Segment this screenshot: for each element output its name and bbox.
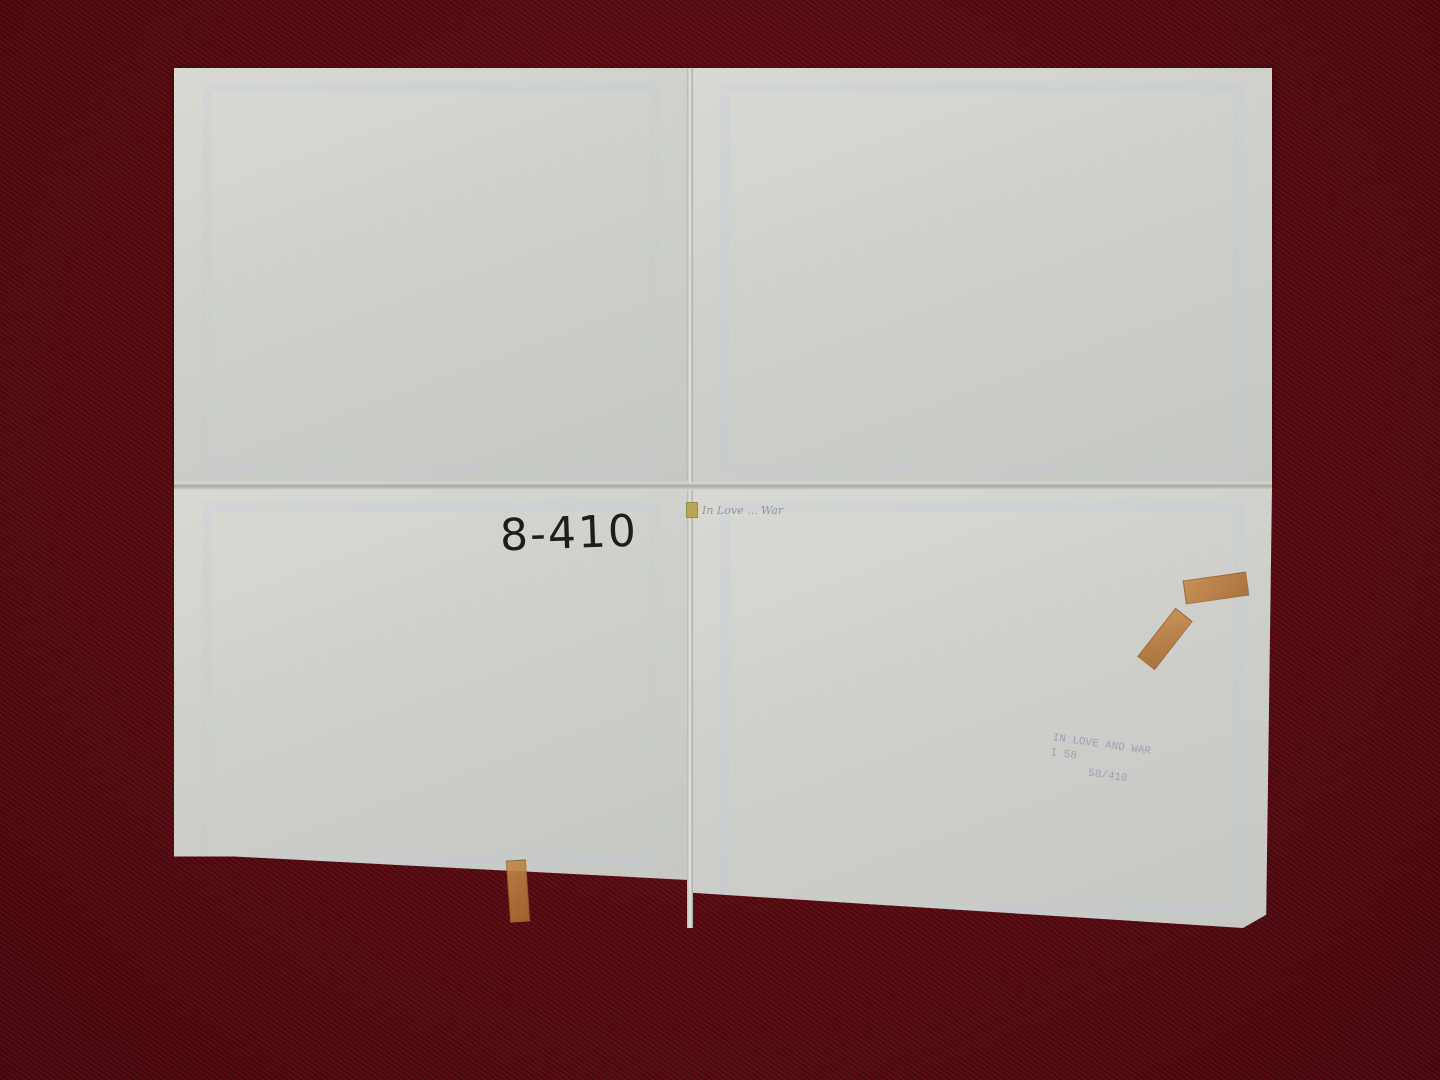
horizontal-fold-line — [174, 482, 1272, 490]
poster-panel-top-left — [174, 68, 688, 484]
pencil-note: In Love ... War — [702, 504, 783, 517]
tape-piece — [506, 859, 530, 922]
vertical-fold-line — [687, 68, 693, 928]
handwritten-number: 8-410 — [499, 506, 639, 562]
poster-back: 8-410 In Love ... War IN LOVE AND WAR I … — [174, 68, 1272, 928]
poster-panel-top-right — [692, 68, 1272, 484]
tape-fragment — [686, 502, 698, 518]
poster-panel-bottom-right — [692, 488, 1272, 928]
